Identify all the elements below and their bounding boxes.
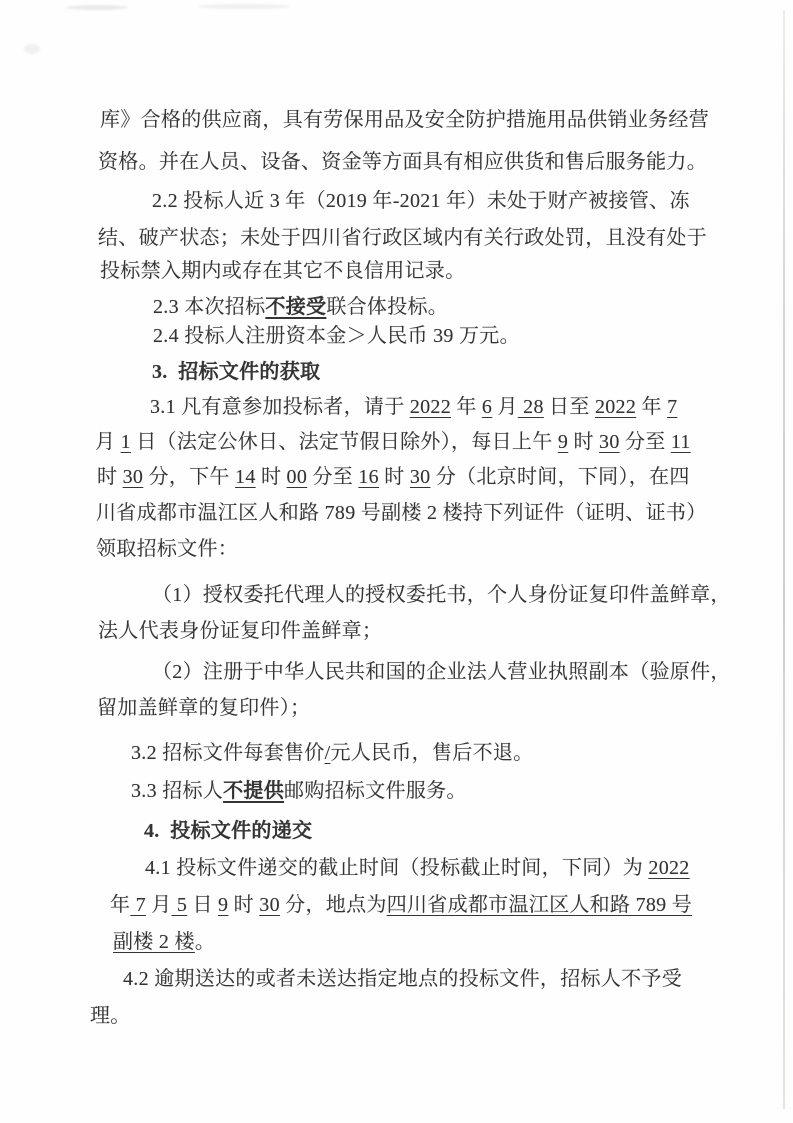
text-segment: 理。 bbox=[90, 1005, 131, 1027]
text-segment: 。 bbox=[195, 931, 215, 953]
scan-smudge bbox=[24, 44, 40, 54]
text-segment: 分（北京时间，下同），在四 bbox=[430, 466, 689, 488]
text-segment: 留加盖鲜章的复印件）； bbox=[97, 697, 310, 719]
text-segment: 资格。并在人员、设备、资金等方面具有相应供货和售后服务能力。 bbox=[98, 151, 707, 173]
scan-smudge bbox=[66, 5, 128, 10]
text-segment-underlined: 四川省成都市温江区人和路 789 号 bbox=[387, 894, 692, 916]
text-line-body: 投标禁入期内或存在其它不良信用记录。 bbox=[100, 258, 465, 285]
text-segment: 联合体投标。 bbox=[326, 296, 448, 318]
text-line-body: 资格。并在人员、设备、资金等方面具有相应供货和售后服务能力。 bbox=[98, 149, 707, 176]
heading-text: 4. 投标文件的递交 bbox=[144, 820, 312, 842]
text-line-clause-2-4: 2.4 投标人注册资本金＞人民币 39 万元。 bbox=[153, 323, 520, 350]
text-line-clause-3-2: 3.2 招标文件每套售价/元人民币，售后不退。 bbox=[131, 740, 533, 767]
text-segment-underlined: 2022 bbox=[648, 857, 689, 879]
text-line-body: 库》合格的供应商，具有劳保用品及安全防护措施用品供销业务经营 bbox=[100, 107, 709, 134]
text-segment: 月 bbox=[492, 396, 518, 418]
text-segment: 时 bbox=[97, 466, 123, 488]
text-segment: 日 bbox=[187, 894, 218, 916]
text-segment-underlined: 11 bbox=[671, 431, 691, 453]
text-segment: （1）授权委托代理人的授权委托书，个人身份证复印件盖鲜章， bbox=[152, 584, 731, 606]
text-segment: 分至 bbox=[620, 431, 671, 453]
text-segment: 年 bbox=[636, 396, 667, 418]
text-segment-underlined: 9 bbox=[218, 894, 228, 916]
text-segment: 3.3 招标人 bbox=[131, 780, 223, 802]
text-segment: 日（法定公休日、法定节假日除外），每日上午 bbox=[131, 431, 558, 453]
text-segment: 川省成都市温江区人和路 789 号副楼 2 楼持下列证件（证明、证书） bbox=[96, 502, 707, 524]
text-segment: 法人代表身份证复印件盖鲜章； bbox=[98, 620, 382, 642]
text-segment-underlined: 1 bbox=[121, 431, 131, 453]
text-segment-underlined: 6 bbox=[482, 396, 492, 418]
text-segment: 2.2 投标人近 3 年（2019 年-2021 年）未处于财产被接管、冻 bbox=[152, 190, 690, 212]
text-segment-underlined: 副楼 2 楼 bbox=[113, 931, 195, 953]
text-segment: 日至 bbox=[544, 396, 595, 418]
text-segment: 元人民币，售后不退。 bbox=[330, 742, 533, 764]
text-segment-underlined: 00 bbox=[287, 466, 308, 488]
text-segment-underlined: 14 bbox=[235, 466, 256, 488]
text-line-body: 理。 bbox=[90, 1003, 131, 1030]
text-line-body: 时 30 分，下午 14 时 00 分至 16 时 30 分（北京时间，下同），… bbox=[97, 464, 690, 491]
text-segment-underlined: 28 bbox=[518, 396, 544, 418]
text-segment: 时 bbox=[568, 431, 599, 453]
text-segment: 邮购招标文件服务。 bbox=[284, 780, 467, 802]
text-segment-underlined: 16 bbox=[358, 466, 379, 488]
text-line-clause-4-1: 4.1 投标文件递交的截止时间（投标截止时间，下同）为 2022 bbox=[145, 855, 690, 882]
text-segment-emphasis: 不接受 bbox=[265, 296, 326, 318]
text-segment: 时 bbox=[379, 466, 410, 488]
text-segment: 分至 bbox=[307, 466, 358, 488]
text-segment: 3.2 招标文件每套售价 bbox=[131, 742, 325, 764]
text-segment: 分，地点为 bbox=[280, 894, 387, 916]
document-page: 库》合格的供应商，具有劳保用品及安全防护措施用品供销业务经营 资格。并在人员、设… bbox=[0, 0, 793, 1123]
text-line-body: 年 7 月 5 日 9 时 30 分，地点为四川省成都市温江区人和路 789 号 bbox=[110, 892, 692, 919]
text-segment: （2）注册于中华人民共和国的企业法人营业执照副本（验原件， bbox=[152, 661, 731, 683]
text-line-clause-3-1: 3.1 凡有意参加投标者，请于 2022 年 6 月 28 日至 2022 年 … bbox=[150, 394, 677, 421]
text-segment: 时 bbox=[256, 466, 287, 488]
text-segment: 2.3 本次招标 bbox=[153, 296, 265, 318]
text-line-body: 副楼 2 楼。 bbox=[113, 929, 215, 956]
heading-text: 3. 招标文件的获取 bbox=[152, 361, 320, 383]
text-line-body: 川省成都市温江区人和路 789 号副楼 2 楼持下列证件（证明、证书） bbox=[96, 500, 707, 527]
text-segment: 2.4 投标人注册资本金＞人民币 39 万元。 bbox=[153, 325, 520, 347]
text-segment-underlined: 2022 bbox=[410, 396, 451, 418]
text-line-body: 留加盖鲜章的复印件）； bbox=[97, 695, 310, 722]
text-segment: 年 bbox=[451, 396, 482, 418]
text-segment: 4.1 投标文件递交的截止时间（投标截止时间，下同）为 bbox=[145, 857, 648, 879]
text-line-body: 结、破产状态；未处于四川省行政区域内有关行政处罚，且没有处于 bbox=[98, 225, 707, 252]
text-segment-underlined: 7 bbox=[667, 396, 677, 418]
text-segment: 年 bbox=[110, 894, 130, 916]
text-segment-underlined: 30 bbox=[259, 894, 280, 916]
text-segment-underlined: 9 bbox=[558, 431, 568, 453]
text-segment-underlined: 5 bbox=[172, 894, 188, 916]
text-segment: 结、破产状态；未处于四川省行政区域内有关行政处罚，且没有处于 bbox=[98, 227, 707, 249]
text-line-clause-2-3: 2.3 本次招标不接受联合体投标。 bbox=[153, 294, 448, 321]
text-line-body: 法人代表身份证复印件盖鲜章； bbox=[98, 618, 382, 645]
scan-smudge bbox=[198, 4, 290, 9]
text-segment: 投标禁入期内或存在其它不良信用记录。 bbox=[100, 260, 465, 282]
text-line-clause-3-3: 3.3 招标人不提供邮购招标文件服务。 bbox=[131, 778, 467, 805]
text-segment: 领取招标文件： bbox=[96, 538, 238, 560]
text-segment-underlined: 30 bbox=[410, 466, 431, 488]
text-segment: 时 bbox=[228, 894, 259, 916]
text-segment: 4.2 逾期送达的或者未送达指定地点的投标文件，招标人不予受 bbox=[123, 968, 682, 990]
text-line-item-2: （2）注册于中华人民共和国的企业法人营业执照副本（验原件， bbox=[152, 659, 731, 686]
section-heading-4: 4. 投标文件的递交 bbox=[144, 818, 312, 845]
text-segment-underlined: 7 bbox=[130, 894, 146, 916]
text-line-clause-2-2: 2.2 投标人近 3 年（2019 年-2021 年）未处于财产被接管、冻 bbox=[152, 188, 690, 215]
section-heading-3: 3. 招标文件的获取 bbox=[152, 359, 320, 386]
text-segment: 分，下午 bbox=[143, 466, 235, 488]
text-segment-underlined: 30 bbox=[123, 466, 144, 488]
text-segment-underlined: 2022 bbox=[595, 396, 636, 418]
text-segment-emphasis: 不提供 bbox=[223, 780, 284, 802]
text-segment: 月 bbox=[146, 894, 172, 916]
text-segment-underlined: 30 bbox=[599, 431, 620, 453]
text-segment: 月 bbox=[95, 431, 121, 453]
text-segment: 库》合格的供应商，具有劳保用品及安全防护措施用品供销业务经营 bbox=[100, 109, 709, 131]
text-line-body: 月 1 日（法定公休日、法定节假日除外），每日上午 9 时 30 分至 11 bbox=[95, 429, 691, 456]
scan-artifact-line bbox=[783, 10, 785, 1109]
text-segment: 3.1 凡有意参加投标者，请于 bbox=[150, 396, 410, 418]
text-line-body: 领取招标文件： bbox=[96, 536, 238, 563]
text-line-clause-4-2: 4.2 逾期送达的或者未送达指定地点的投标文件，招标人不予受 bbox=[123, 966, 682, 993]
text-line-item-1: （1）授权委托代理人的授权委托书，个人身份证复印件盖鲜章， bbox=[152, 582, 731, 609]
